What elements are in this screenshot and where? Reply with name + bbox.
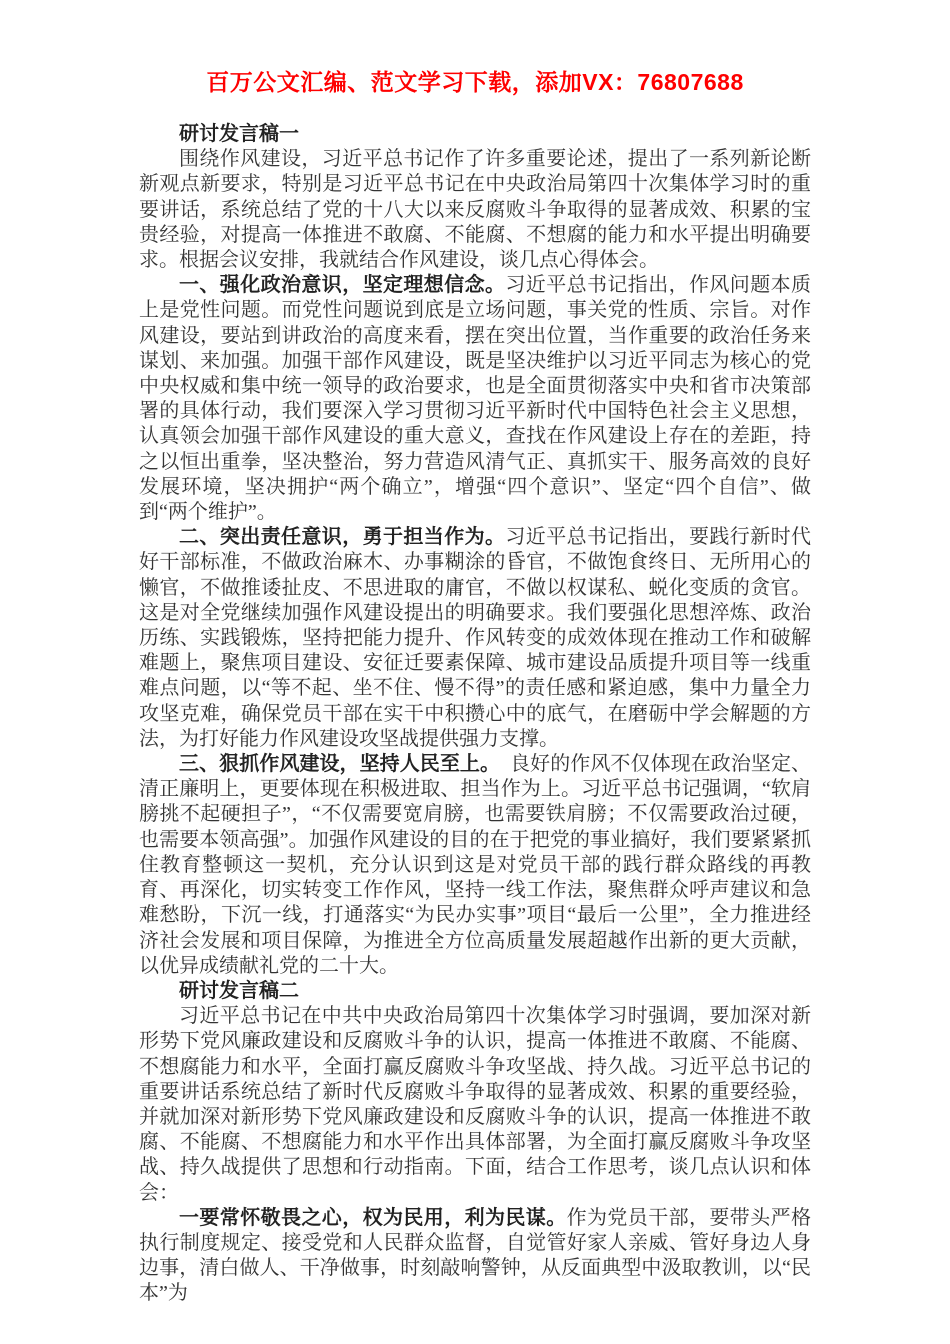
- paragraph: 一要常怀敬畏之心，权为民用，利为民谋。作为党员干部，要带头严格执行制度规定、接受…: [139, 1206, 811, 1307]
- paragraph: 二、突出责任意识，勇于担当作为。习近平总书记指出，要践行新时代好干部标准，不做政…: [139, 525, 811, 752]
- paragraph: 习近平总书记在中共中央政治局第四十次集体学习时强调，要加深对新形势下党风廉政建设…: [139, 1004, 811, 1206]
- paragraph-text: 习近平总书记指出，要践行新时代好干部标准，不做政治麻木、办事糊涂的昏官，不做饱食…: [139, 526, 811, 750]
- promo-banner: 百万公文汇编、范文学习下载，添加VX：76807688: [0, 0, 950, 98]
- document-body: 研讨发言稿一 围绕作风建设，习近平总书记作了许多重要论述，提出了一系列新论断新观…: [139, 122, 811, 1307]
- paragraph: 三、狠抓作风建设，坚持人民至上。 良好的作风不仅体现在政治坚定、清正廉明上，更要…: [139, 752, 811, 979]
- paragraph-text: 习近平总书记在中共中央政治局第四十次集体学习时强调，要加深对新形势下党风廉政建设…: [139, 1005, 811, 1203]
- paragraph-lead: 一、强化政治意识，坚定理想信念。: [179, 274, 505, 296]
- paragraph-lead: 三、狠抓作风建设，坚持人民至上。: [179, 753, 490, 775]
- section-title-2: 研讨发言稿二: [139, 979, 811, 1004]
- document-page: 百万公文汇编、范文学习下载，添加VX：76807688 研讨发言稿一 围绕作风建…: [0, 0, 950, 1344]
- paragraph-text: 良好的作风不仅体现在政治坚定、清正廉明上，更要体现在积极进取、担当作为上。习近平…: [139, 753, 811, 977]
- paragraph: 一、强化政治意识，坚定理想信念。习近平总书记指出，作风问题本质上是党性问题。而党…: [139, 273, 811, 525]
- paragraph-text: 习近平总书记指出，作风问题本质上是党性问题。而党性问题说到底是立场问题，事关党的…: [139, 274, 811, 523]
- section-title-1: 研讨发言稿一: [139, 122, 811, 147]
- paragraph-lead: 二、突出责任意识，勇于担当作为。: [179, 526, 505, 548]
- paragraph-lead: 一要常怀敬畏之心，权为民用，利为民谋。: [179, 1207, 567, 1229]
- paragraph: 围绕作风建设，习近平总书记作了许多重要论述，提出了一系列新论断新观点新要求，特别…: [139, 147, 811, 273]
- paragraph-text: 围绕作风建设，习近平总书记作了许多重要论述，提出了一系列新论断新观点新要求，特别…: [139, 148, 811, 271]
